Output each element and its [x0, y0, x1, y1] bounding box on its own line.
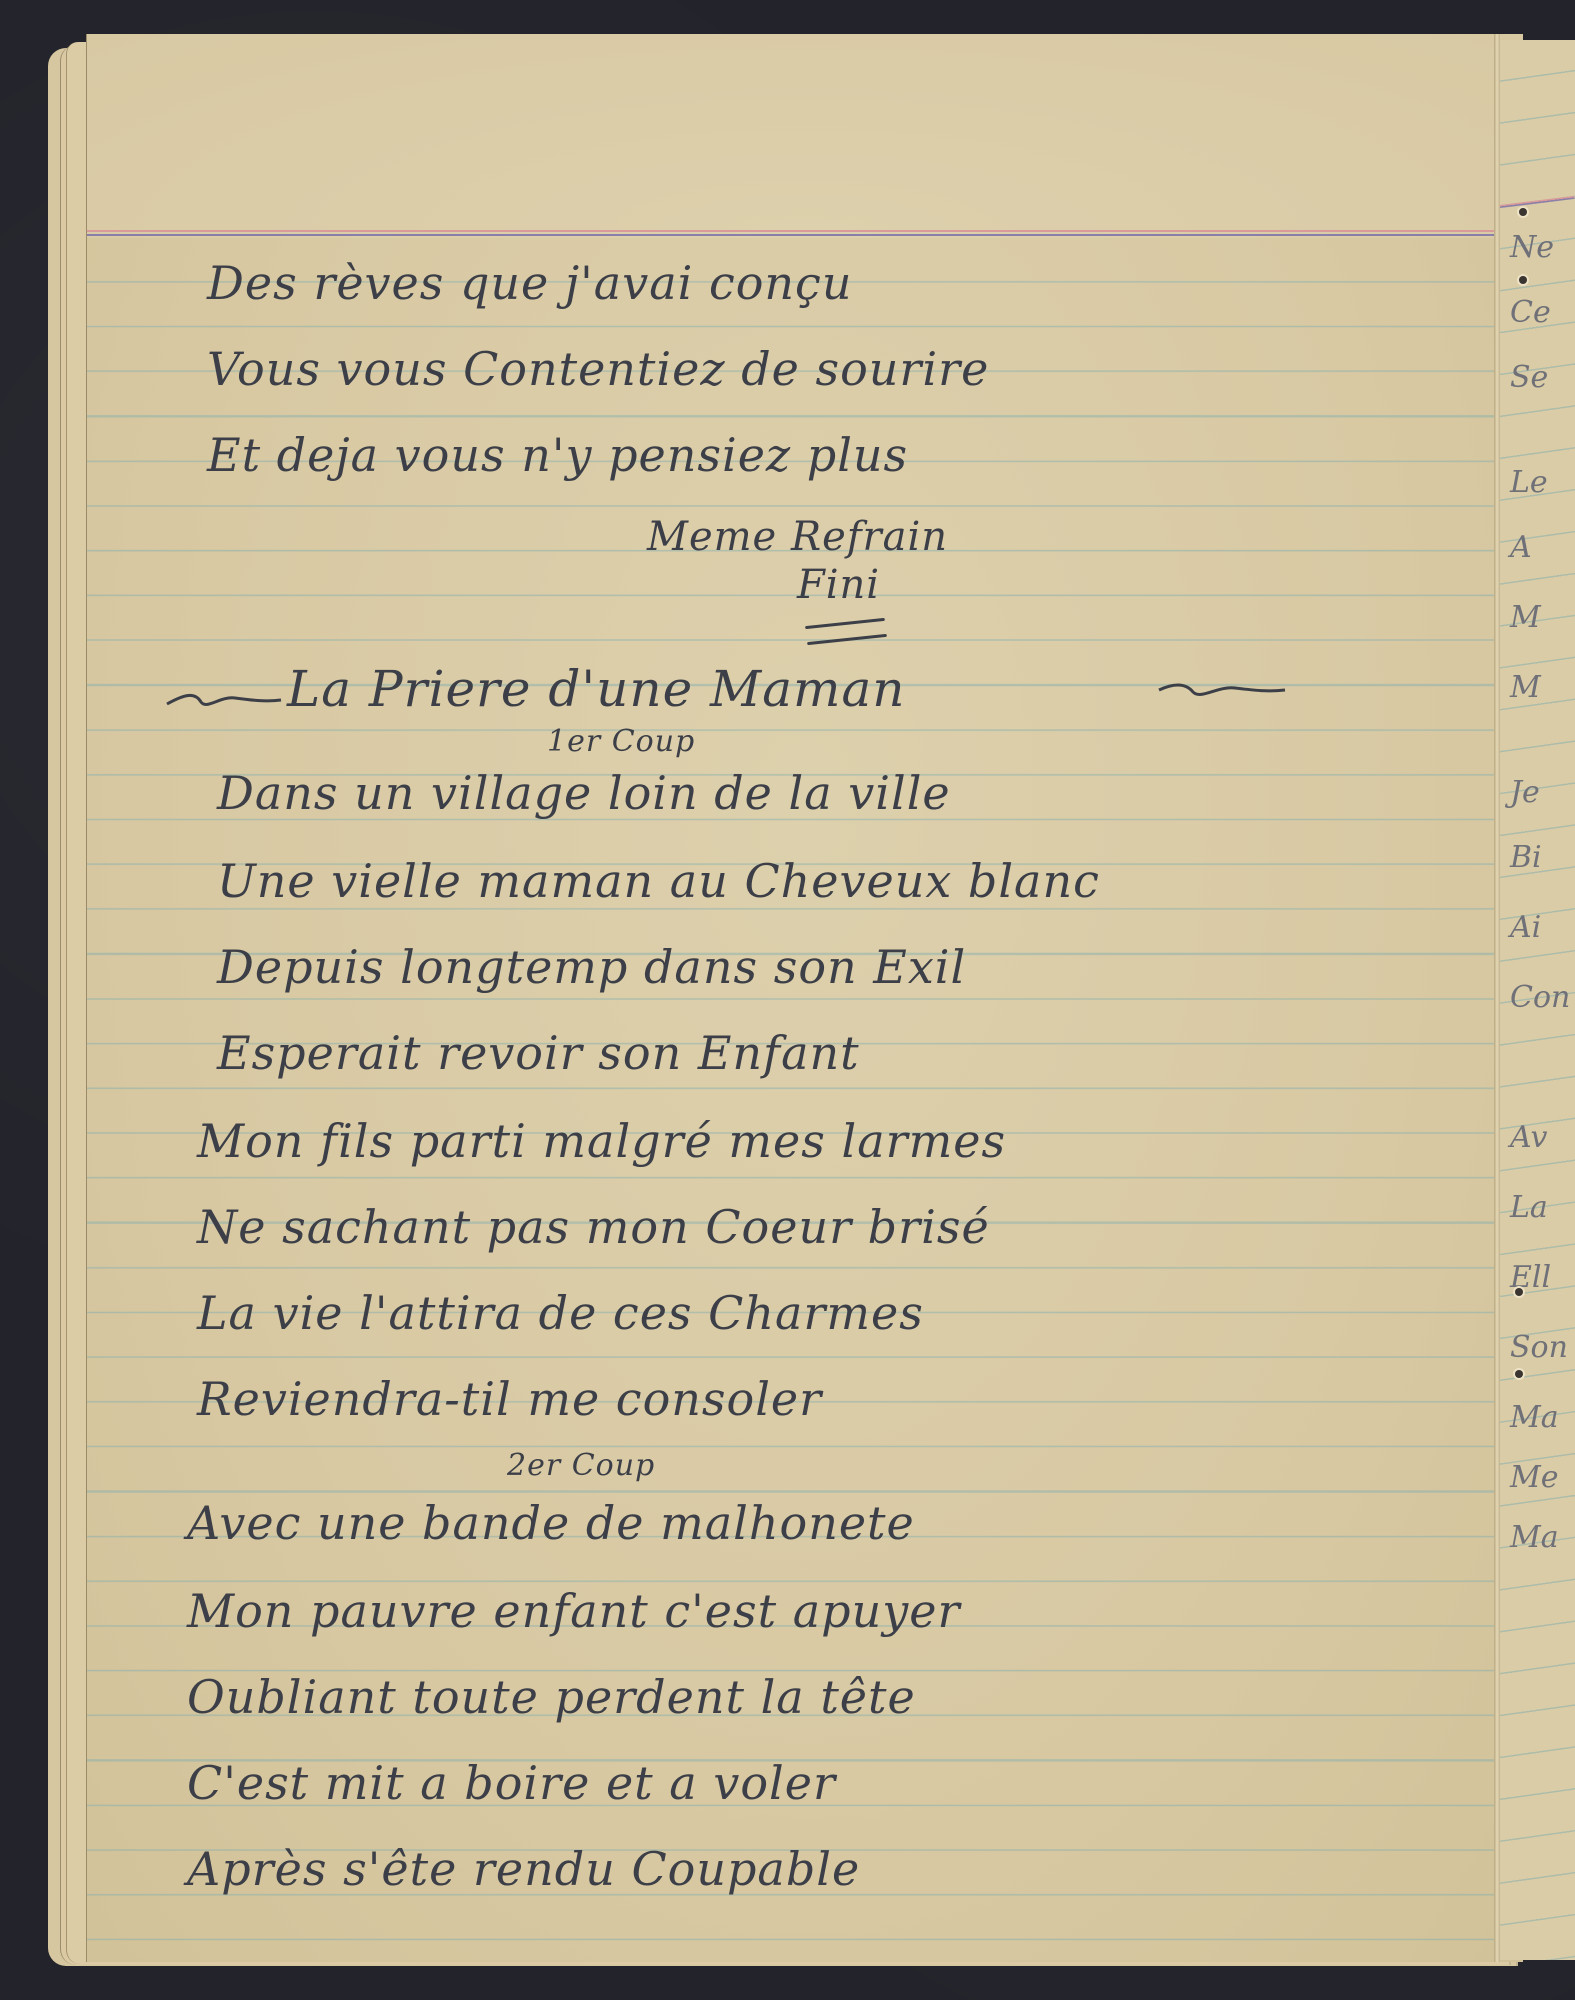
title-flourish-right — [1157, 674, 1287, 704]
facing-page-fragment: Ne — [1510, 230, 1554, 265]
facing-page-fragment: Ce — [1510, 295, 1551, 330]
facing-page-fragment: Con — [1510, 980, 1570, 1015]
facing-page-fragment: Av — [1510, 1120, 1547, 1155]
facing-page-fragment: Son — [1510, 1330, 1568, 1365]
handwritten-line: Et deja vous n'y pensiez plus — [207, 428, 908, 482]
handwritten-line: Ne sachant pas mon Coeur brisé — [197, 1200, 990, 1254]
top-margin — [87, 34, 1523, 238]
facing-page-fragment: Ai — [1510, 910, 1541, 945]
handwritten-line: Des rèves que j'avai conçu — [207, 256, 852, 310]
header-rule-red — [87, 230, 1523, 232]
facing-page-edge: Ne Ce Se Le A M M Je Bi Ai Con Av La Ell… — [1500, 40, 1575, 1960]
handwritten-line: Dans un village loin de la ville — [217, 766, 951, 820]
facing-page-fragment: A — [1510, 530, 1532, 565]
facing-page-fragment: M — [1510, 600, 1541, 635]
handwritten-line: La vie l'attira de ces Charmes — [197, 1286, 924, 1340]
handwritten-line: Avec une bande de malhonete — [187, 1496, 915, 1550]
handwritten-line: Mon fils parti malgré mes larmes — [197, 1114, 1006, 1168]
song-title: La Priere d'une Maman — [287, 660, 906, 718]
verse-label: 1er Coup — [547, 724, 695, 759]
title-flourish-left — [165, 682, 285, 712]
notebook-page: Des rèves que j'avai conçu Vous vous Con… — [86, 34, 1523, 1962]
facing-page-fragment: Ma — [1510, 1520, 1559, 1555]
handwritten-line: Après s'ête rendu Coupable — [187, 1842, 860, 1896]
refrain-note: Meme Refrain — [647, 514, 948, 560]
staple-hole — [1519, 276, 1527, 284]
handwritten-line: Esperait revoir son Enfant — [217, 1026, 860, 1080]
facing-page-fragment: Me — [1510, 1460, 1558, 1495]
handwritten-line: Mon pauvre enfant c'est apuyer — [187, 1584, 960, 1638]
staple-hole — [1515, 1288, 1523, 1296]
handwritten-line: Depuis longtemp dans son Exil — [217, 940, 966, 994]
header-rule-blue — [87, 234, 1523, 236]
end-mark: Fini — [797, 562, 880, 608]
facing-page-fragment: La — [1510, 1190, 1548, 1225]
staple-hole — [1515, 1370, 1523, 1378]
handwritten-line: Une vielle maman au Cheveux blanc — [217, 854, 1100, 908]
staple-hole — [1519, 208, 1527, 216]
facing-page-fragment: Se — [1510, 360, 1548, 395]
facing-page-fragment: Le — [1510, 465, 1548, 500]
facing-page-fragment: Je — [1510, 775, 1540, 810]
handwritten-line: Reviendra-til me consoler — [197, 1372, 822, 1426]
verse-label: 2er Coup — [507, 1448, 655, 1483]
handwritten-line: Vous vous Contentiez de sourire — [207, 342, 989, 396]
handwritten-line: C'est mit a boire et a voler — [187, 1756, 836, 1810]
facing-page-fragment: Bi — [1510, 840, 1542, 875]
handwritten-line: Oubliant toute perdent la tête — [187, 1670, 916, 1724]
facing-page-fragment: M — [1510, 670, 1541, 705]
facing-page-fragment: Ma — [1510, 1400, 1559, 1435]
